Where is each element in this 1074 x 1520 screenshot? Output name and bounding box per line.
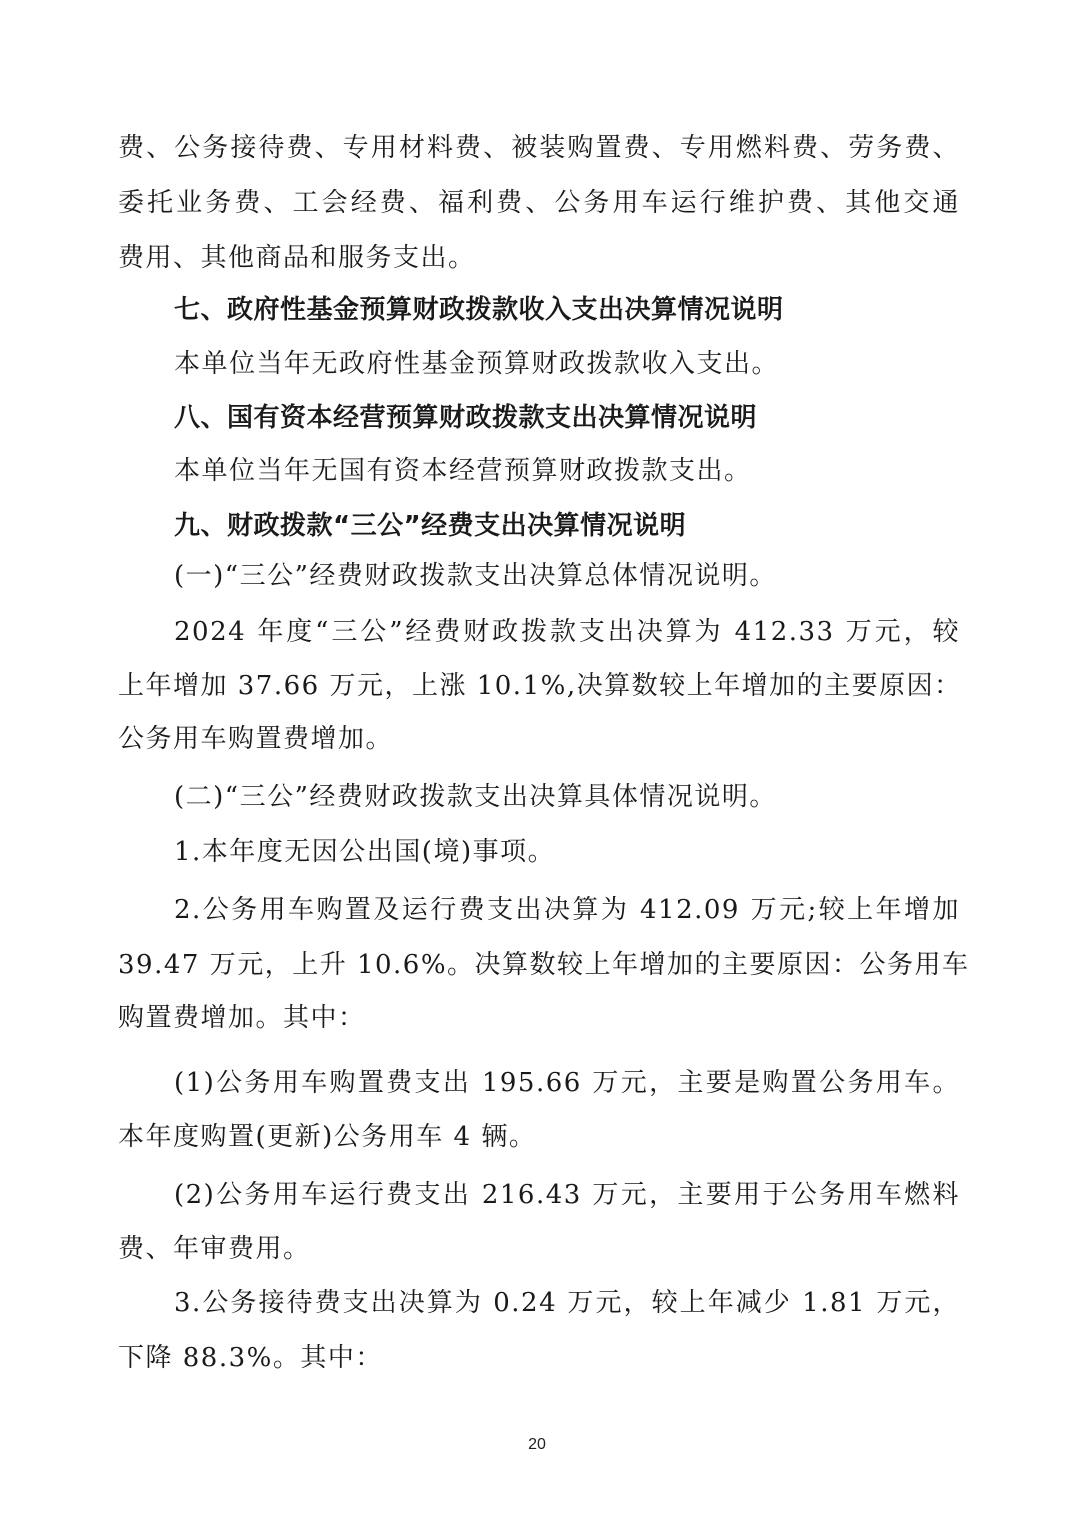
item-2-1-purchase-line-2: 本年度购置(更新)公务用车 4 辆。	[118, 1119, 960, 1155]
section-7-body: 本单位当年无政府性基金预算财政拨款收入支出。	[174, 346, 960, 382]
item-1-overseas: 1.本年度无因公出国(境)事项。	[174, 834, 960, 870]
item-2-vehicle-line-1: 2.公务用车购置及运行费支出决算为 412.09 万元;较上年增加	[174, 892, 960, 928]
page-number: 20	[0, 1436, 1074, 1454]
paragraph-line-expense-list-2: 委托业务费、工会经费、福利费、公务用车运行维护费、其他交通	[118, 185, 960, 221]
paragraph-line-expense-list-1: 费、公务接待费、专用材料费、被装购置费、专用燃料费、劳务费、	[118, 130, 960, 166]
document-page: 费、公务接待费、专用材料费、被装购置费、专用燃料费、劳务费、 委托业务费、工会经…	[0, 0, 1074, 1520]
paragraph-line-expense-list-3: 费用、其他商品和服务支出。	[118, 240, 960, 276]
section-8-body: 本单位当年无国有资本经营预算财政拨款支出。	[174, 453, 960, 489]
subsection-heading-9-2: (二)“三公”经费财政拨款支出决算具体情况说明。	[174, 779, 960, 815]
item-2-2-operation-line-2: 费、年审费用。	[118, 1231, 960, 1267]
section-heading-7: 七、政府性基金预算财政拨款收入支出决算情况说明	[174, 292, 960, 328]
section-heading-8: 八、国有资本经营预算财政拨款支出决算情况说明	[174, 400, 960, 436]
item-3-reception-line-1: 3.公务接待费支出决算为 0.24 万元，较上年减少 1.81 万元，	[174, 1285, 960, 1321]
item-2-vehicle-line-2: 39.47 万元，上升 10.6%。决算数较上年增加的主要原因：公务用车	[118, 947, 960, 983]
item-2-vehicle-line-3: 购置费增加。其中：	[118, 1000, 960, 1036]
subsection-heading-9-1: (一)“三公”经费财政拨款支出决算总体情况说明。	[174, 558, 960, 594]
item-3-reception-line-2: 下降 88.3%。其中：	[118, 1340, 960, 1376]
section-heading-9: 九、财政拨款“三公”经费支出决算情况说明	[174, 508, 960, 544]
paragraph-line-overall-2: 上年增加 37.66 万元，上涨 10.1%,决算数较上年增加的主要原因：	[118, 668, 960, 704]
paragraph-line-overall-1: 2024 年度“三公”经费财政拨款支出决算为 412.33 万元，较	[174, 614, 960, 650]
item-2-2-operation-line-1: (2)公务用车运行费支出 216.43 万元，主要用于公务用车燃料	[174, 1177, 960, 1213]
item-2-1-purchase-line-1: (1)公务用车购置费支出 195.66 万元，主要是购置公务用车。	[174, 1065, 960, 1101]
paragraph-line-overall-3: 公务用车购置费增加。	[118, 721, 960, 757]
